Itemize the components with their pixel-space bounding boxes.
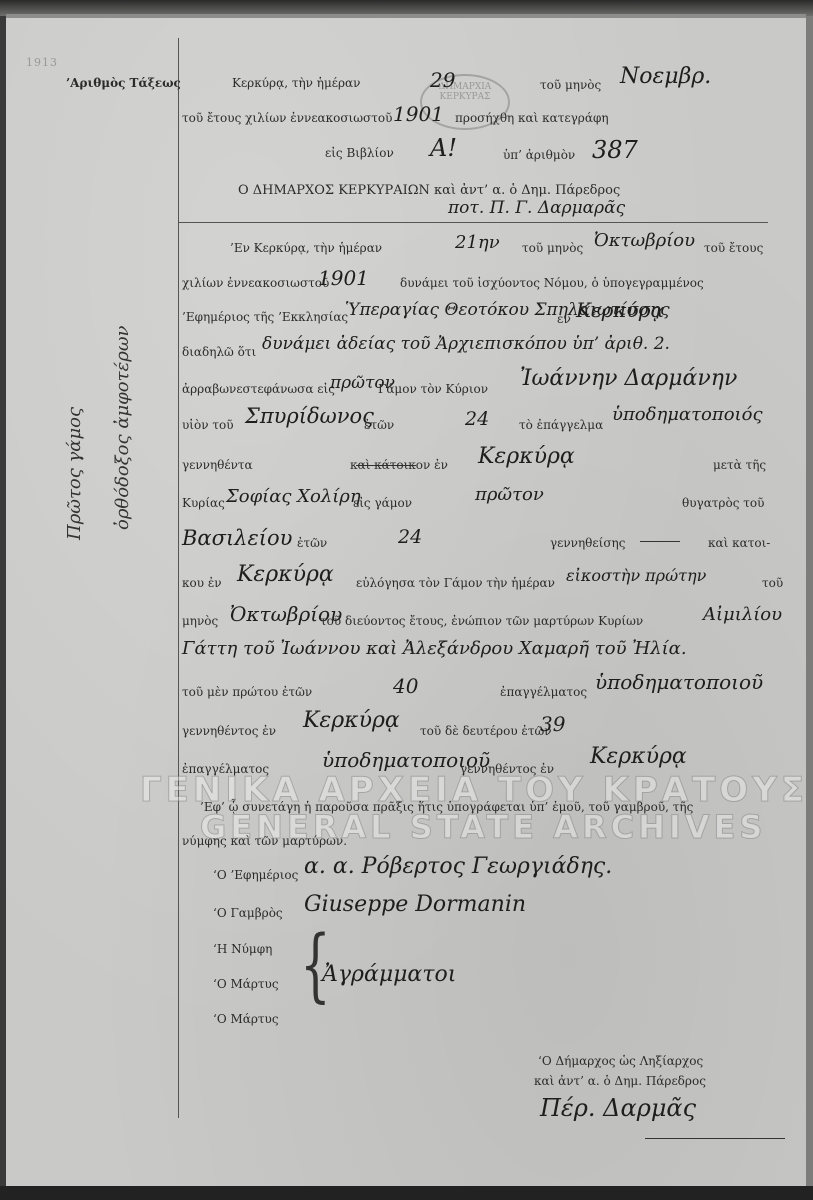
page-bottom-edge — [0, 1186, 813, 1200]
blessing-day: εἰκοστὴν πρώτην — [566, 566, 706, 585]
witnesses-label: τοῦ διεύοντος ἔτους, ἐνώπιον τῶν μαρτύρω… — [320, 614, 643, 628]
header-signature: ποτ. Π. Γ. Δαρμαρᾶς — [448, 198, 625, 218]
first-witness-birthplace: Κερκύρᾳ — [303, 708, 400, 733]
witness-1-first-name: Αἰμιλίου — [703, 604, 782, 625]
illiterate-note: Ἀγράμματοι — [322, 962, 456, 987]
groom-signature-label: ‘Ο Γαμβρὸς — [213, 906, 283, 920]
marriage-year: 1901 — [318, 266, 369, 290]
residence-label: καὶ κάτοικον ἐν — [350, 458, 448, 472]
priest-church-label: ’Εφημέριος τῆς ’Εκκλησίας — [182, 310, 348, 324]
groom-profession-label: τὸ ἐπάγγελμα — [519, 418, 603, 432]
deputy-title: καὶ ἀντ’ α. ὁ Δημ. Πάρεδρος — [434, 183, 620, 198]
closing-clause: ’Εφ’ ᾧ συνετάγη ἡ παροῦσα πρᾶξις ἥτις ὑπ… — [200, 800, 693, 814]
bride-age: 24 — [398, 526, 422, 548]
groom-name: Ἰωάννην Δαρμάνην — [520, 366, 737, 391]
in-label: ἐν — [557, 312, 571, 326]
bride-residence-label: κου ἐν — [182, 576, 222, 590]
first-witness-profession: ὑποδηματοποιοῦ — [595, 670, 763, 694]
witness-1-signature-label: ‘Ο Μάρτυς — [213, 977, 279, 991]
mayor-title: Ο ΔΗΜΑΡΧΟΣ ΚΕΡΚΥΡΑΙΩΝ — [238, 183, 430, 198]
witness-2-signature-label: ‘Ο Μάρτυς — [213, 1012, 279, 1026]
daughter-label: θυγατρὸς τοῦ — [682, 496, 764, 510]
born-label: γεννηθέντα — [182, 458, 253, 472]
blessed-label: εὐλόγησα τὸν Γάμον τὴν ἡμέραν — [356, 576, 555, 590]
bride-label: Κυρίας — [182, 496, 225, 510]
registrar-title: ‘Ο Δήμαρχος ὡς Ληξίαρχος — [538, 1054, 703, 1068]
header-place-date-label: Κερκύρᾳ, τὴν ἡμέραν — [232, 76, 360, 90]
bride-born-dash — [640, 534, 680, 548]
groom-residence: Κερκύρᾳ — [478, 444, 575, 469]
first-witness-age-label: τοῦ μὲν πρώτου ἐτῶν — [182, 685, 312, 699]
law-clause: δυνάμει τοῦ ἰσχύοντος Νόμου, ὁ ὑπογεγραμ… — [400, 276, 704, 290]
header-month: Νοεμβρ. — [620, 64, 711, 89]
second-witness-birthplace: Κερκύρᾳ — [590, 744, 687, 769]
second-witness-birthplace-label: γεννηθέντος ἐν — [460, 762, 554, 776]
with-label: μετὰ τῆς — [713, 458, 766, 472]
order-number-label: ’Αριθμὸς Τάξεως — [66, 76, 181, 90]
header-day: 29 — [430, 68, 455, 92]
page-number: 1913 — [26, 56, 58, 69]
signature-flourish — [645, 1138, 785, 1139]
groom-father-label: υἱὸν τοῦ — [182, 418, 234, 432]
book-label: εἰς Βιβλίον — [325, 146, 394, 160]
bride-signature-label: ‘Η Νύμφη — [213, 942, 272, 956]
groom-signature: Giuseppe Dormanin — [304, 892, 526, 917]
registrar-signature: Πέρ. Δαρμᾶς — [540, 1094, 696, 1122]
bride-father: Βασιλείου — [182, 526, 292, 550]
registrar-deputy-title: καὶ ἀντ’ α. ὁ Δημ. Πάρεδρος — [534, 1074, 706, 1088]
bride-residence: Κερκύρᾳ — [237, 562, 334, 587]
declare-label: διαδηλῶ ὅτι — [182, 345, 256, 359]
bride-marriage-kind: πρῶτον — [475, 484, 544, 505]
blessing-month-label: μηνὸς — [182, 614, 218, 628]
number-label: ὑπ’ ἀριθμὸν — [503, 148, 575, 162]
marriage-day: 21ην — [455, 232, 500, 253]
groom-age: 24 — [465, 408, 489, 430]
groom-father: Σπυρίδωνος — [245, 404, 374, 428]
second-witness-profession-label: ἐπαγγέλματος — [182, 762, 269, 776]
header-registered-label: προσήχθη καὶ κατεγράφη — [455, 111, 609, 125]
header-year-label: τοῦ ἔτους χιλίων ἐννεακοσιωστοῦ — [182, 111, 392, 125]
header-line-1: Κερκύρᾳ, τὴν ἡμέραν — [232, 76, 360, 90]
body-date-label: ’Εν Κερκύρᾳ, τὴν ἡμέραν — [230, 241, 382, 255]
bride-age-label: ἐτῶν — [297, 536, 327, 550]
resident-label: καὶ κατοι- — [708, 536, 770, 550]
witnesses-names: Γάττη τοῦ Ἰωάννου καὶ Ἀλεξάνδρου Χαμαρῆ … — [182, 638, 687, 659]
first-witness-birthplace-label: γεννηθέντος ἐν — [182, 724, 276, 738]
bride-marriage-label: εἰς γάμον — [353, 496, 412, 510]
second-witness-age: 39 — [540, 712, 565, 736]
of-label: τοῦ — [762, 576, 783, 590]
first-witness-profession-label: ἐπαγγέλματος — [500, 685, 587, 699]
page-edge — [806, 16, 813, 1186]
margin-note-2: ὀρθόδοξος ἀμφοτέρων — [112, 326, 133, 530]
marriage-month: Ὀκτωβρίου — [594, 230, 695, 251]
closing-clause-end: νύμφης καὶ τῶν μαρτύρων. — [182, 834, 347, 848]
book-value: Α! — [430, 134, 457, 162]
record-number: 387 — [592, 136, 638, 164]
margin-note: Πρῶτος γάμος — [64, 407, 85, 540]
margin-rule — [178, 38, 179, 1118]
second-witness-age-label: τοῦ δὲ δευτέρου ἐτῶν — [420, 724, 552, 738]
permission-text: δυνάμει ἀδείας τοῦ Ἀρχιεπισκόπου ὑπ’ ἀρι… — [262, 334, 670, 354]
groom-profession: ὑποδηματοποιός — [612, 404, 763, 425]
bride-name: Σοφίας Χολίρη — [226, 486, 361, 507]
betrothed-label: ἀρραβωνεστεφάνωσα εἰς — [182, 382, 335, 396]
bride-born-label: γεννηθείσης — [550, 536, 625, 550]
section-divider — [178, 222, 768, 223]
church-city: Κερκύρᾳ — [576, 298, 664, 322]
header-month-label: τοῦ μηνὸς — [540, 78, 601, 92]
body-year-prefix: χιλίων ἐννεακοσιωστοῦ — [182, 276, 329, 290]
header-year: 1901 — [393, 102, 444, 126]
first-witness-age: 40 — [393, 674, 418, 698]
mayor-heading: Ο ΔΗΜΑΡΧΟΣ ΚΕΡΚΥΡΑΙΩΝ καὶ ἀντ’ α. ὁ Δημ.… — [238, 183, 620, 198]
priest-label: ‘Ο ’Εφημέριος — [213, 868, 298, 882]
groom-age-label: ἐτῶν — [364, 418, 394, 432]
groom-label: Γάμον τὸν Κύριον — [378, 382, 488, 396]
body-year-label: τοῦ ἔτους — [704, 241, 763, 255]
body-month-label: τοῦ μηνὸς — [522, 241, 583, 255]
priest-signature: α. α. Ρόβερτος Γεωργιάδης. — [304, 854, 612, 879]
